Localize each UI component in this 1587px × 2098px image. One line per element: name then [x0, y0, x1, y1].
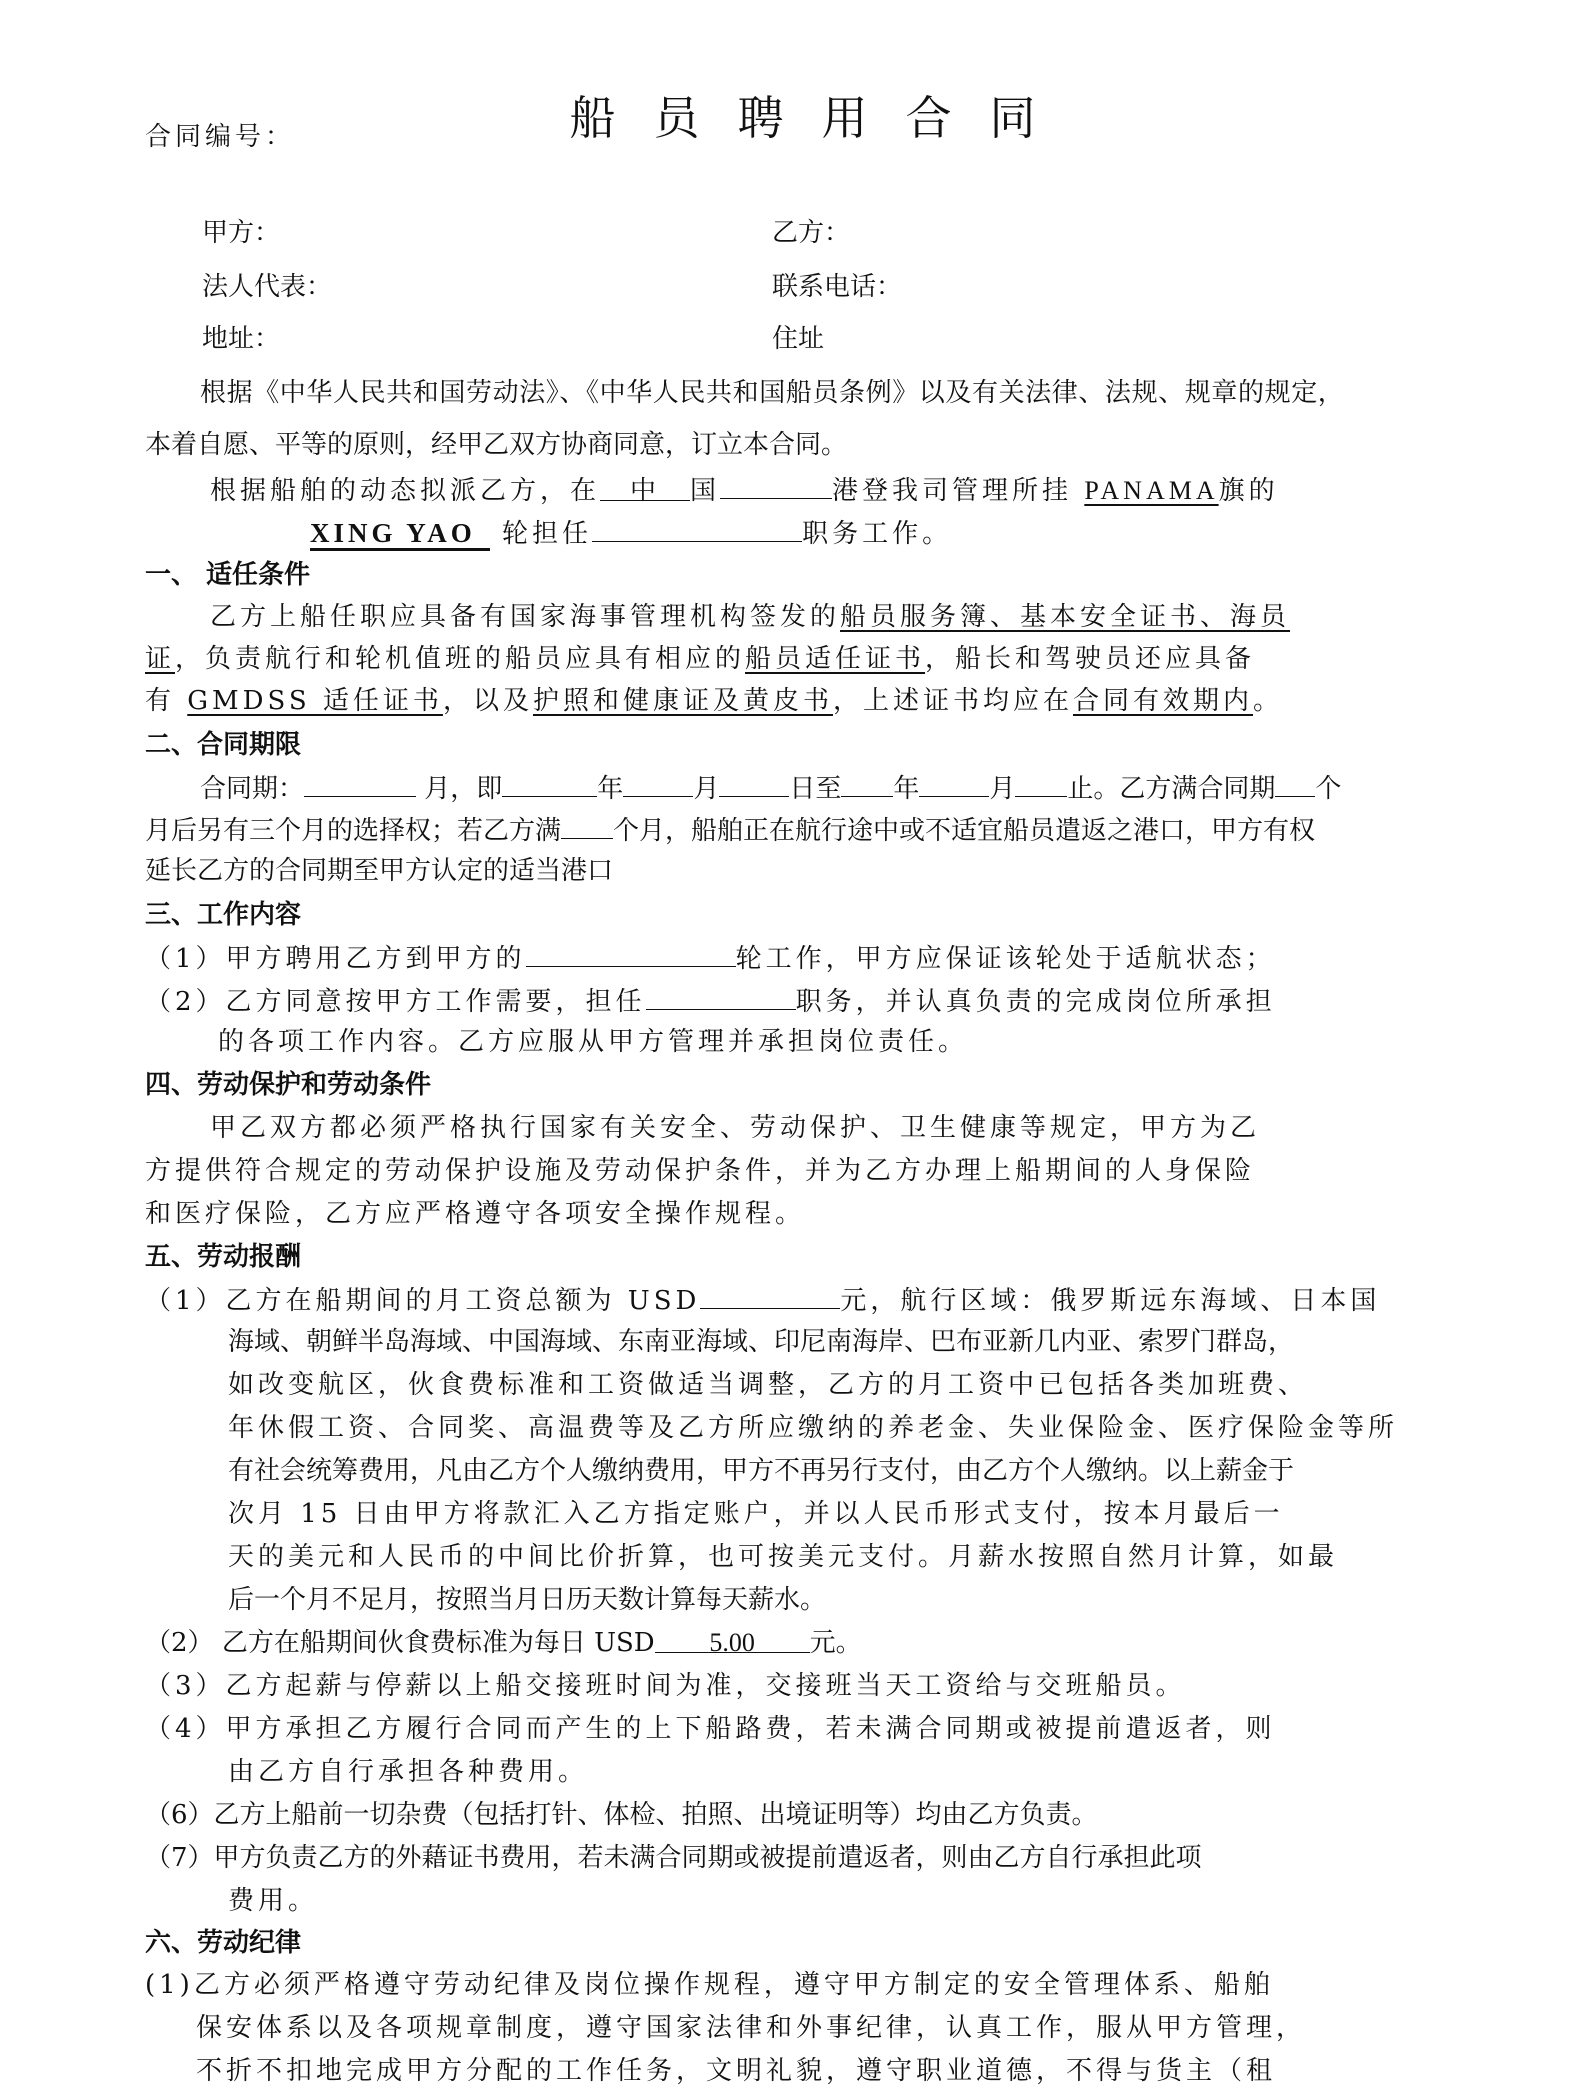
section-5-item-1-line-7: 天的美元和人民币的中间比价折算，也可按美元支付。月薪水按照自然月计算，如最 [228, 1540, 1338, 1574]
vessel-name: XING YAO [310, 518, 490, 551]
start-month-blank [623, 770, 693, 797]
country-fill: 中 [600, 474, 690, 501]
section-5-item-1-line-1: （1）乙方在船期间的月工资总额为 USD元，航行区域：俄罗斯远东海域、日本国 [145, 1282, 1380, 1316]
required-documents: 护照和健康证及黄皮书 [533, 686, 833, 716]
section-5-item-4: （4）甲方承担乙方履行合同而产生的上下船路费，若未满合同期或被提前遣返者，则 [145, 1712, 1276, 1746]
text: 乙方在船期间的月工资总额为 USD [226, 1286, 701, 1316]
section-4-line-3: 和医疗保险，乙方应严格遵守各项安全操作规程。 [145, 1197, 805, 1231]
end-day-blank [1015, 770, 1067, 797]
party-a-address-label: 地址： [202, 322, 280, 356]
section-heading-3: 三、工作内容 [145, 898, 301, 932]
position-blank [592, 515, 802, 542]
item-number: （2） [145, 1628, 214, 1658]
section-heading-6: 六、劳动纪律 [145, 1926, 301, 1960]
section-5-item-7: （7）甲方负责乙方的外藉证书费用，若未满合同期或被提前遣返者，则由乙方自行承担此… [145, 1841, 1202, 1875]
item-number: （1） [145, 944, 226, 974]
text: 止。乙方满合同期 [1067, 774, 1275, 804]
text: 乙方起薪与停薪以上船交接班时间为准，交接班当天工资给与交班船员。 [226, 1671, 1186, 1701]
text: 有 [145, 686, 187, 716]
port-blank [720, 472, 832, 499]
text: 甲方负责乙方的外藉证书费用，若未满合同期或被提前遣返者，则由乙方自行承担此项 [214, 1843, 1202, 1873]
country-char: 国 [690, 476, 720, 506]
assignment-line-2: XING YAO 轮担任职务工作。 [310, 515, 952, 549]
section-heading-1: 一、 适任条件 [145, 558, 310, 592]
assignment-text: 港登我司管理所挂 [832, 476, 1072, 506]
required-documents: 船员适任证书 [745, 644, 925, 674]
text: ，上述证书均应在 [833, 686, 1073, 716]
preamble-line-1: 根据《中华人民共和国劳动法》、《中华人民共和国船员条例》以及有关法律、法规、规章… [200, 376, 1344, 410]
preamble-line-2: 本着自愿、平等的原则，经甲乙双方协商同意，订立本合同。 [145, 428, 847, 462]
text: 。 [1253, 686, 1283, 716]
section-6-item-1-line-1: (1)乙方必须严格遵守劳动纪律及岗位操作规程，遵守甲方制定的安全管理体系、船舶 [145, 1968, 1274, 2002]
text: ，船长和驾驶员还应具备 [925, 644, 1255, 674]
item-number: （3） [145, 1671, 226, 1701]
section-heading-2: 二、合同期限 [145, 728, 301, 762]
text: ，负责航行和轮机值班的船员应具有相应的 [175, 644, 745, 674]
required-documents: 证 [145, 644, 175, 674]
assignment-text: 职务工作。 [802, 519, 952, 549]
text: ，以及 [443, 686, 533, 716]
section-5-item-7-cont: 费用。 [228, 1884, 318, 1918]
section-5-item-3: （3）乙方起薪与停薪以上船交接班时间为准，交接班当天工资给与交班船员。 [145, 1669, 1186, 1703]
start-year-blank [502, 770, 597, 797]
text: 日至 [789, 774, 841, 804]
required-documents: GMDSS 适任证书 [187, 686, 443, 716]
text: 合同期： [200, 774, 304, 804]
text: 乙方必须严格遵守劳动纪律及岗位操作规程，遵守甲方制定的安全管理体系、船舶 [194, 1970, 1274, 2000]
start-day-blank [719, 770, 789, 797]
text: 乙方上船前一切杂费（包括打针、体检、拍照、出境证明等）均由乙方负责。 [214, 1800, 1098, 1830]
text: 乙方同意按甲方工作需要，担任 [226, 987, 646, 1017]
text: 甲方聘用乙方到甲方的 [226, 944, 526, 974]
full-term-blank [1275, 770, 1315, 797]
item-number: (1) [145, 1970, 194, 2000]
section-3-item-2: （2）乙方同意按甲方工作需要，担任职务，并认真负责的完成岗位所承担 [145, 983, 1276, 1017]
section-5-item-1-line-2: 海域、朝鲜半岛海域、中国海域、东南亚海域、印尼南海岸、巴布亚新几内亚、索罗门群岛… [228, 1325, 1294, 1359]
section-5-item-2: （2） 乙方在船期间伙食费标准为每日 USD5.00元。 [145, 1626, 862, 1660]
contract-page: 船员聘用合同 合同编号： 甲方： 乙方： 法人代表： 联系电话： 地址： 住址 … [0, 0, 1587, 2098]
text: 个 [1315, 774, 1341, 804]
item-number: （6） [145, 1800, 214, 1830]
section-2-line-3: 延长乙方的合同期至甲方认定的适当港口 [145, 854, 613, 888]
required-documents: 船员服务簿、基本安全证书、海员 [840, 602, 1290, 632]
section-5-item-1-line-4: 年休假工资、合同奖、高温费等及乙方所应缴纳的养老金、失业保险金、医疗保险金等所 [228, 1411, 1398, 1445]
section-2-line-2: 月后另有三个月的选择权；若乙方满个月，船舶正在航行途中或不适宜船员遣返之港口，甲… [145, 812, 1315, 846]
section-5-item-4-cont: 由乙方自行承担各种费用。 [228, 1755, 588, 1789]
text: 乙方上船任职应具备有国家海事管理机构签发的 [210, 602, 840, 632]
text: 元。 [810, 1628, 862, 1658]
section-2-line-1: 合同期： 月，即年月日至年月止。乙方满合同期个 [200, 770, 1341, 804]
text: 元，航行区域：俄罗斯远东海域、日本国 [840, 1286, 1380, 1316]
party-a-label: 甲方： [202, 216, 280, 250]
position-blank [646, 983, 796, 1010]
section-3-item-2-cont: 的各项工作内容。乙方应服从甲方管理并承担岗位责任。 [218, 1025, 968, 1059]
text: 年 [893, 774, 919, 804]
text: 个月，船舶正在航行途中或不适宜船员遣返之港口，甲方有权 [613, 816, 1315, 846]
contract-months-blank [304, 770, 416, 797]
text: 年 [597, 774, 623, 804]
section-1-line-1: 乙方上船任职应具备有国家海事管理机构签发的船员服务簿、基本安全证书、海员 [210, 600, 1290, 634]
assignment-text: 根据船舶的动态拟派乙方，在 [210, 476, 600, 506]
section-3-item-1: （1）甲方聘用乙方到甲方的轮工作，甲方应保证该轮处于适航状态； [145, 940, 1276, 974]
section-heading-4: 四、劳动保护和劳动条件 [145, 1068, 431, 1102]
assignment-line-1: 根据船舶的动态拟派乙方，在中国港登我司管理所挂 PANAMA旗的 [210, 472, 1279, 506]
party-b-label: 乙方： [772, 216, 850, 250]
monthly-salary-blank [700, 1282, 840, 1309]
section-1-line-2: 证，负责航行和轮机值班的船员应具有相应的船员适任证书，船长和驾驶员还应具备 [145, 642, 1255, 676]
text: 月后另有三个月的选择权；若乙方满 [145, 816, 561, 846]
end-month-blank [919, 770, 989, 797]
section-4-line-2: 方提供符合规定的劳动保护设施及劳动保护条件，并为乙方办理上船期间的人身保险 [145, 1154, 1255, 1188]
text: 甲方承担乙方履行合同而产生的上下船路费，若未满合同期或被提前遣返者，则 [226, 1714, 1276, 1744]
item-number: （2） [145, 987, 226, 1017]
section-5-item-1-line-5: 有社会统筹费用，凡由乙方个人缴纳费用，甲方不再另行支付，由乙方个人缴纳。以上薪金… [228, 1454, 1294, 1488]
required-documents: 合同有效期内 [1073, 686, 1253, 716]
section-6-item-1-line-3: 不折不扣地完成甲方分配的工作任务，文明礼貌，遵守职业道德，不得与货主（租 [196, 2054, 1276, 2088]
assignment-text: 旗的 [1219, 476, 1279, 506]
legal-representative-label: 法人代表： [202, 270, 332, 304]
contact-phone-label: 联系电话： [772, 270, 902, 304]
party-b-address-label: 住址 [772, 322, 824, 356]
text: 乙方在船期间伙食费标准为每日 USD [222, 1628, 655, 1658]
item-number: （1） [145, 1286, 226, 1316]
vessel-blank [526, 940, 736, 967]
section-5-item-6: （6）乙方上船前一切杂费（包括打针、体检、拍照、出境证明等）均由乙方负责。 [145, 1798, 1098, 1832]
section-5-item-1-line-8: 后一个月不足月，按照当月日历天数计算每天薪水。 [228, 1583, 826, 1617]
end-year-blank [841, 770, 893, 797]
assignment-text: 轮担任 [502, 519, 592, 549]
item-number: （7） [145, 1843, 214, 1873]
text: 月，即 [424, 774, 502, 804]
flag-value: PANAMA [1084, 476, 1218, 505]
section-1-line-3: 有 GMDSS 适任证书，以及护照和健康证及黄皮书，上述证书均应在合同有效期内。 [145, 684, 1283, 718]
text: 月 [989, 774, 1015, 804]
months-blank [561, 812, 613, 839]
contract-number-label: 合同编号： [145, 120, 295, 154]
section-5-item-1-line-6: 次月 15 日由甲方将款汇入乙方指定账户，并以人民币形式支付，按本月最后一 [228, 1497, 1284, 1531]
section-5-item-1-line-3: 如改变航区，伙食费标准和工资做适当调整，乙方的月工资中已包括各类加班费、 [228, 1368, 1308, 1402]
text: 轮工作，甲方应保证该轮处于适航状态； [736, 944, 1276, 974]
section-6-item-1-line-2: 保安体系以及各项规章制度，遵守国家法律和外事纪律，认真工作，服从甲方管理， [196, 2011, 1306, 2045]
text: 月 [693, 774, 719, 804]
meal-allowance-value: 5.00 [655, 1626, 810, 1653]
item-number: （4） [145, 1714, 226, 1744]
text: 职务，并认真负责的完成岗位所承担 [796, 987, 1276, 1017]
section-heading-5: 五、劳动报酬 [145, 1240, 301, 1274]
section-4-line-1: 甲乙双方都必须严格执行国家有关安全、劳动保护、卫生健康等规定，甲方为乙 [210, 1111, 1260, 1145]
